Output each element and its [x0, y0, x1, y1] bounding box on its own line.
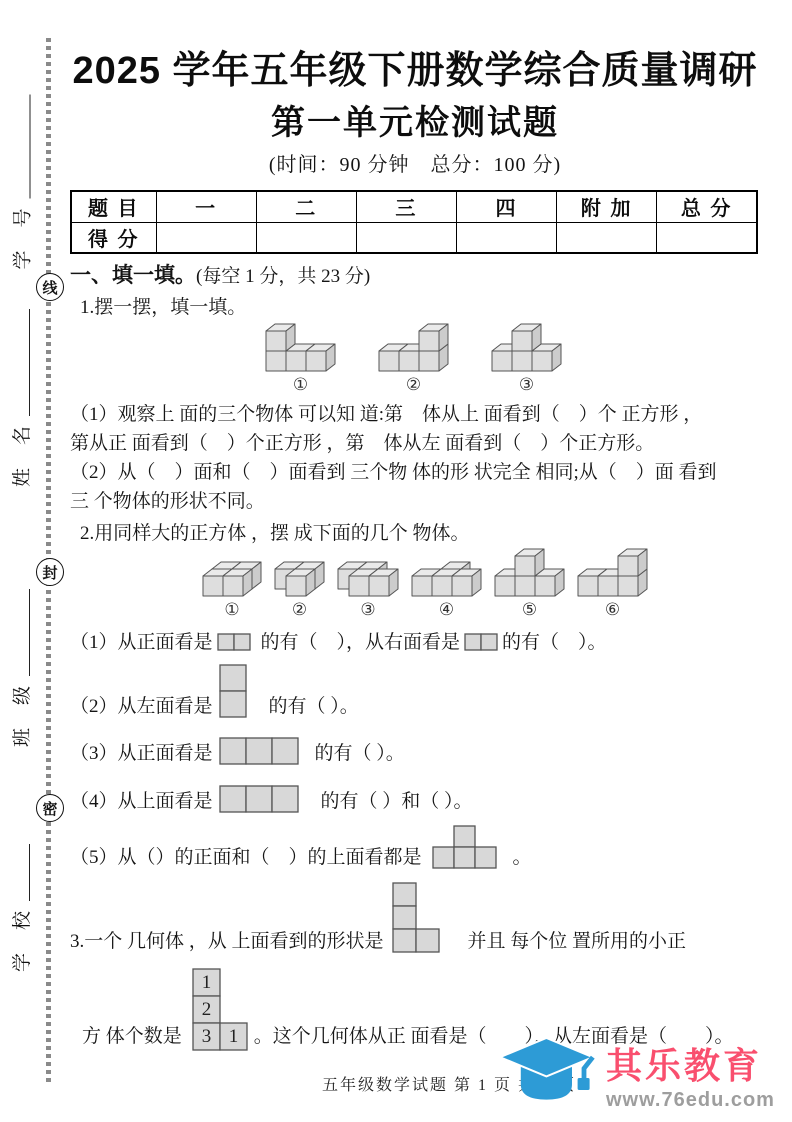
cube-figure-2: ② — [378, 323, 449, 395]
score-table-header-row: 题 目 一 二 三 四 附 加 总 分 — [71, 191, 757, 222]
score-cell — [256, 222, 356, 253]
cube-figure-1: ① — [202, 561, 262, 620]
sub4-text-b: 的有（ ）和（ ）。 — [321, 787, 473, 816]
figure-label: ③ — [360, 600, 375, 620]
question3-text-b: 并且 每个位 置所用的小正 — [468, 927, 687, 956]
cube-figure-drawing — [491, 323, 562, 372]
student-number-field: 学 号 — [9, 95, 35, 270]
question1-sub1-line2: 第从正 面看到（ ）个正方形 ，第 体从左 面看到（ ）个正方形。 — [70, 429, 760, 458]
cube-figure-drawing — [202, 561, 262, 597]
sub1-text-b: 的有（ ），从右面看是 — [261, 628, 461, 657]
sub4-text-a: （4）从上面看是 — [70, 787, 213, 816]
exam-title: 2025 学年五年级下册数学综合质量调研 — [70, 48, 760, 94]
question2-sub1: （1）从正面看是 的有（ ），从右面看是 的有（ ）。 — [70, 626, 760, 658]
figure-label: ② — [406, 375, 421, 395]
front-view-shape — [217, 633, 251, 651]
publisher-logo: 其乐教育 www.76edu.com — [500, 1036, 775, 1122]
right-view-shape — [464, 633, 498, 651]
left-view-shape — [219, 664, 247, 718]
question1-sub1-line1: （1）观察上 面的三个物体 可以知 道:第 体从上 面看到（ ）个 正方形 ， — [70, 400, 760, 429]
sub5-text-b: 。 — [513, 843, 532, 872]
cube-figure-drawing — [378, 323, 449, 372]
question3-text-c: 方 体个数是 — [82, 1022, 182, 1051]
score-label-cell: 得 分 — [71, 222, 156, 253]
student-number-label: 学 号 — [8, 206, 35, 269]
question2-figures: ① ② ③ ④ ⑤ ⑥ — [70, 548, 760, 620]
figure-label: ⑤ — [522, 600, 537, 620]
question3-line1: 3.一个 几何体 ，从 上面看到的形状是 并且 每个位 置所用的小正 — [70, 882, 760, 956]
top-view-l-shape — [392, 882, 440, 953]
sub3-text-a: （3）从正面看是 — [70, 739, 213, 768]
student-number-blank — [30, 95, 31, 199]
question2-sub5: （5）从（）的正面和（ ）的上面看都是 。 — [70, 825, 760, 872]
name-blank — [29, 309, 30, 416]
question1-figures: ① ② ③ — [70, 323, 760, 395]
exam-page: 线 封 密 学 号 姓 名 班 级 学 校 2025 学年五年级下册数学综合质量… — [0, 0, 792, 1122]
school-label: 学 校 — [7, 909, 34, 972]
cube-figure-2: ② — [274, 561, 325, 620]
brand-text-block: 其乐教育 www.76edu.com — [606, 1046, 775, 1112]
score-table-col-2: 二 — [256, 191, 356, 222]
seal-char-feng: 封 — [36, 558, 64, 586]
score-cell — [356, 222, 456, 253]
exam-subtitle: 第一单元检测试题 — [70, 102, 760, 144]
question1-sub2-line1: （2）从（ ）面和（ ）面看到 三个物 体的形 状完全 相同;从（ ）面 看到 — [70, 458, 760, 487]
top-view-shape — [219, 785, 299, 813]
school-field: 学 校 — [8, 844, 34, 972]
section1-points-note: (每空 1 分，共 23 分) — [196, 266, 370, 287]
figure-label: ① — [293, 375, 308, 395]
class-label: 班 级 — [7, 684, 34, 747]
front-view-shape — [219, 737, 299, 765]
name-label: 姓 名 — [7, 424, 34, 487]
section1-heading: 一、填一填。(每空 1 分，共 23 分) — [70, 262, 760, 290]
sub1-text-c: 的有（ ）。 — [502, 628, 607, 657]
cube-figure-drawing — [494, 548, 565, 597]
question2-sub2: （2）从左面看是 的有（ ）。 — [70, 664, 760, 721]
score-cell — [156, 222, 256, 253]
brand-url: www.76edu.com — [606, 1088, 775, 1112]
sub3-text-b: 的有（ ）。 — [315, 739, 405, 768]
svg-text:1: 1 — [202, 972, 212, 993]
score-table-col-timu: 题 目 — [71, 191, 156, 222]
figure-label: ③ — [519, 375, 534, 395]
cube-figure-3: ③ — [491, 323, 562, 395]
svg-text:1: 1 — [229, 1026, 239, 1047]
score-table-col-4: 四 — [456, 191, 556, 222]
cube-figure-5: ⑤ — [494, 548, 565, 620]
score-table-col-extra: 附 加 — [557, 191, 657, 222]
sub1-text-a: （1）从正面看是 — [70, 628, 213, 657]
brand-name: 其乐教育 — [606, 1046, 775, 1086]
score-table: 题 目 一 二 三 四 附 加 总 分 得 分 — [70, 190, 758, 254]
time-score-info: (时间：90 分钟 总分：100 分) — [70, 152, 760, 178]
score-table-col-total: 总 分 — [657, 191, 757, 222]
cube-figure-drawing — [274, 561, 325, 597]
figure-label: ⑥ — [605, 600, 620, 620]
cube-figure-drawing — [265, 323, 336, 372]
score-table-score-row: 得 分 — [71, 222, 757, 253]
graduation-cap-icon — [500, 1036, 596, 1122]
question3-text-a: 3.一个 几何体 ，从 上面看到的形状是 — [70, 927, 384, 956]
class-field: 班 级 — [8, 589, 34, 747]
figure-label: ① — [224, 600, 239, 620]
score-cell — [557, 222, 657, 253]
sub2-text-b: 的有（ ）。 — [269, 692, 359, 721]
figure-label: ② — [292, 600, 307, 620]
svg-text:3: 3 — [202, 1026, 212, 1047]
cube-figure-3: ③ — [337, 561, 399, 620]
question2-stem: 2.用同样大的正方体 ，摆 成下面的几个 物体。 — [70, 521, 760, 546]
cube-figure-4: ④ — [411, 561, 482, 620]
score-table-col-1: 一 — [156, 191, 256, 222]
score-table-col-3: 三 — [356, 191, 456, 222]
svg-text:2: 2 — [202, 999, 212, 1020]
seal-char-mi: 密 — [36, 794, 64, 822]
question1-stem: 1.摆一摆，填一填。 — [70, 295, 760, 320]
t-view-shape — [432, 825, 497, 869]
cube-figure-1: ① — [265, 323, 336, 395]
cube-figure-drawing — [337, 561, 399, 597]
question1-sub2-line2: 三 个物体的形状不同。 — [70, 487, 760, 516]
question2-sub4: （4）从上面看是 的有（ ）和（ ）。 — [70, 785, 760, 816]
main-content: 2025 学年五年级下册数学综合质量调研 第一单元检测试题 (时间：90 分钟 … — [70, 48, 760, 1051]
class-blank — [29, 589, 30, 676]
name-field: 姓 名 — [8, 309, 34, 487]
cube-figure-drawing — [577, 548, 648, 597]
section1-title: 一、填一填。 — [70, 264, 196, 287]
cube-figure-6: ⑥ — [577, 548, 648, 620]
cube-figure-drawing — [411, 561, 482, 597]
school-blank — [29, 844, 30, 901]
sub5-text-a: （5）从（）的正面和（ ）的上面看都是 — [70, 843, 422, 872]
figure-label: ④ — [439, 600, 454, 620]
sub2-text-a: （2）从左面看是 — [70, 692, 213, 721]
cube-count-grid: 1231 — [192, 968, 248, 1051]
seal-char-xian: 线 — [36, 273, 64, 301]
score-cell — [456, 222, 556, 253]
score-cell — [657, 222, 757, 253]
question2-sub3: （3）从正面看是 的有（ ）。 — [70, 737, 760, 768]
